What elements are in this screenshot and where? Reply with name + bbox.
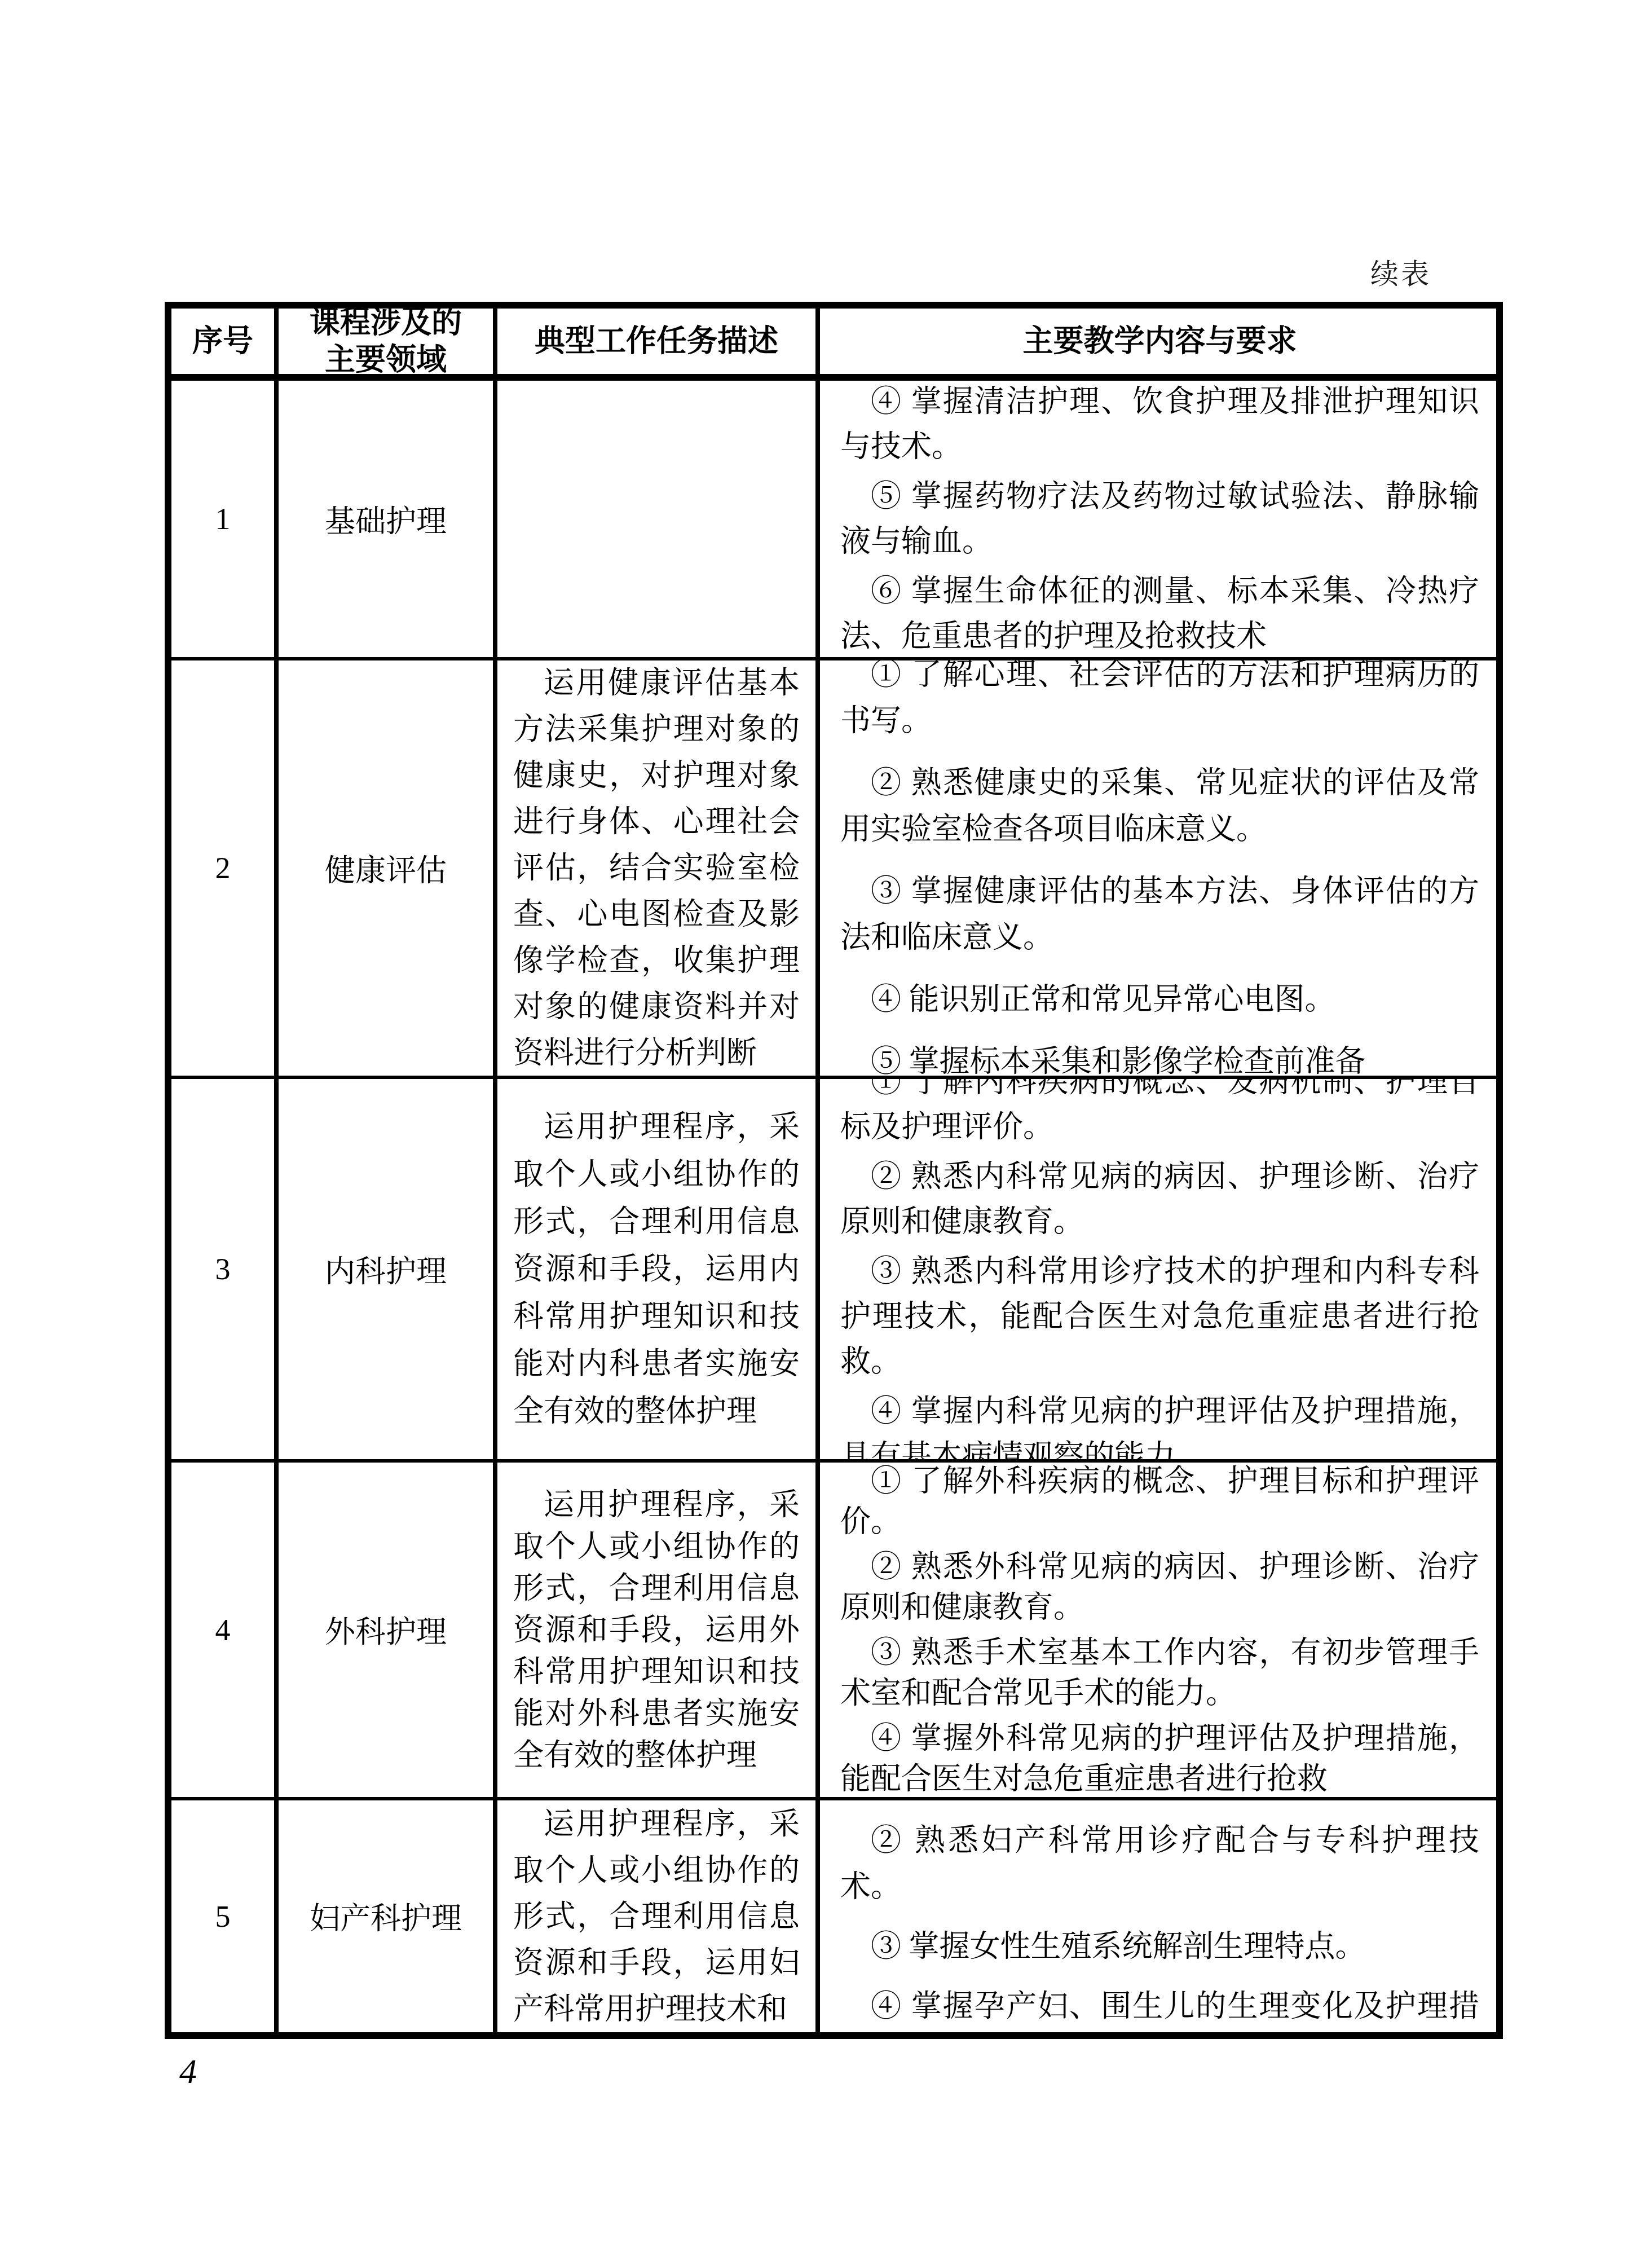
content-cell: ① 了解内科疾病的概念、发病机制、护理目标及护理评价。 ② 熟悉内科常见病的病因… <box>820 1079 1496 1463</box>
course-area-cell: 基础护理 <box>279 381 497 660</box>
content-item: ③ 熟悉手术室基本工作内容，有初步管理手术室和配合常见手术的能力。 <box>840 1632 1479 1714</box>
content-cell: ① 了解心理、社会评估的方法和护理病历的书写。 ② 熟悉健康史的采集、常见症状的… <box>820 660 1496 1079</box>
header-cell-content: 主要教学内容与要求 <box>820 309 1496 381</box>
task-cell: 运用健康评估基本方法采集护理对象的健康史，对护理对象进行身体、心理社会评估，结合… <box>497 660 820 1079</box>
content-item: ③ 掌握健康评估的基本方法、身体评估的方法和临床意义。 <box>840 868 1479 961</box>
content-cell: ④ 掌握清洁护理、饮食护理及排泄护理知识与技术。 ⑤ 掌握药物疗法及药物过敏试验… <box>820 381 1496 660</box>
row-number-cell: 1 <box>171 381 279 660</box>
row-number-cell: 5 <box>171 1800 279 2032</box>
task-text: 运用护理程序，采取个人或小组协作的形式，合理利用信息资源和手段，运用外科常用护理… <box>513 1484 800 1776</box>
course-area-cell: 外科护理 <box>279 1463 497 1800</box>
curriculum-table: 序号 课程涉及的 主要领域 典型工作任务描述 主要教学内容与要求 1 基础护理 … <box>165 302 1503 2039</box>
content-item: ① 了解心理、社会评估的方法和护理病历的书写。 <box>840 660 1479 744</box>
header-cell-area: 课程涉及的 主要领域 <box>279 309 497 381</box>
course-area-cell: 内科护理 <box>279 1079 497 1463</box>
content-cell: ① 了解常用避孕及终止妊娠的措施。 ② 熟悉妇产科常用诊疗配合与专科护理技术。 … <box>820 1800 1496 2032</box>
content-item: ⑤ 掌握药物疗法及药物过敏试验法、静脉输液与输血。 <box>840 474 1479 564</box>
content-item: ① 了解常用避孕及终止妊娠的措施。 <box>840 1800 1479 1804</box>
row-number-cell: 2 <box>171 660 279 1079</box>
content-item: ① 了解内科疾病的概念、发病机制、护理目标及护理评价。 <box>840 1079 1479 1150</box>
content-item: ③ 掌握女性生殖系统解剖生理特点。 <box>840 1923 1479 1970</box>
content-cell: ① 了解外科疾病的概念、护理目标和护理评价。 ② 熟悉外科常见病的病因、护理诊断… <box>820 1463 1496 1800</box>
task-cell <box>497 381 820 660</box>
content-item: ④ 掌握内科常见病的护理评估及护理措施，具有基本病情观察的能力 <box>840 1389 1479 1463</box>
content-item: ③ 熟悉内科常用诊疗技术的护理和内科专科护理技术，能配合医生对急危重症患者进行抢… <box>840 1249 1479 1384</box>
content-item: ④ 掌握孕产妇、围生儿的生理变化及护理措施。 <box>840 1983 1479 2033</box>
task-text: 运用护理程序，采取个人或小组协作的形式，合理利用信息资源和手段，运用内科常用护理… <box>513 1103 800 1435</box>
content-item: ⑤ 掌握标本采集和影像学检查前准备 <box>840 1038 1479 1079</box>
page-number: 4 <box>179 2052 197 2092</box>
header-cell-number: 序号 <box>171 309 279 381</box>
row-number-cell: 4 <box>171 1463 279 1800</box>
task-text: 运用护理程序，采取个人或小组协作的形式，合理利用信息资源和手段，运用妇产科常用护… <box>513 1801 800 2032</box>
task-cell: 运用护理程序，采取个人或小组协作的形式，合理利用信息资源和手段，运用妇产科常用护… <box>497 1800 820 2032</box>
content-item: ④ 掌握外科常见病的护理评估及护理措施，能配合医生对急危重症患者进行抢救 <box>840 1718 1479 1799</box>
header-cell-task: 典型工作任务描述 <box>497 309 820 381</box>
content-item: ④ 掌握清洁护理、饮食护理及排泄护理知识与技术。 <box>840 381 1479 469</box>
content-item: ② 熟悉内科常见病的病因、护理诊断、治疗原则和健康教育。 <box>840 1154 1479 1244</box>
content-item: ② 熟悉外科常见病的病因、护理诊断、治疗原则和健康教育。 <box>840 1547 1479 1628</box>
document-page: 续表 序号 课程涉及的 主要领域 典型工作任务描述 主要教学内容与要求 1 基础… <box>0 0 1627 2268</box>
content-item: ① 了解外科疾病的概念、护理目标和护理评价。 <box>840 1463 1479 1542</box>
course-area-cell: 妇产科护理 <box>279 1800 497 2032</box>
content-item: ② 熟悉健康史的采集、常见症状的评估及常用实验室检查各项目临床意义。 <box>840 760 1479 852</box>
task-cell: 运用护理程序，采取个人或小组协作的形式，合理利用信息资源和手段，运用内科常用护理… <box>497 1079 820 1463</box>
task-cell: 运用护理程序，采取个人或小组协作的形式，合理利用信息资源和手段，运用外科常用护理… <box>497 1463 820 1800</box>
course-area-cell: 健康评估 <box>279 660 497 1079</box>
row-number-cell: 3 <box>171 1079 279 1463</box>
content-item: ④ 能识别正常和常见异常心电图。 <box>840 976 1479 1023</box>
content-item: ② 熟悉妇产科常用诊疗配合与专科护理技术。 <box>840 1817 1479 1910</box>
task-text: 运用健康评估基本方法采集护理对象的健康史，对护理对象进行身体、心理社会评估，结合… <box>513 660 800 1076</box>
content-item: ⑥ 掌握生命体征的测量、标本采集、冷热疗法、危重患者的护理及抢救技术 <box>840 569 1479 659</box>
continued-table-label: 续表 <box>1370 252 1431 292</box>
